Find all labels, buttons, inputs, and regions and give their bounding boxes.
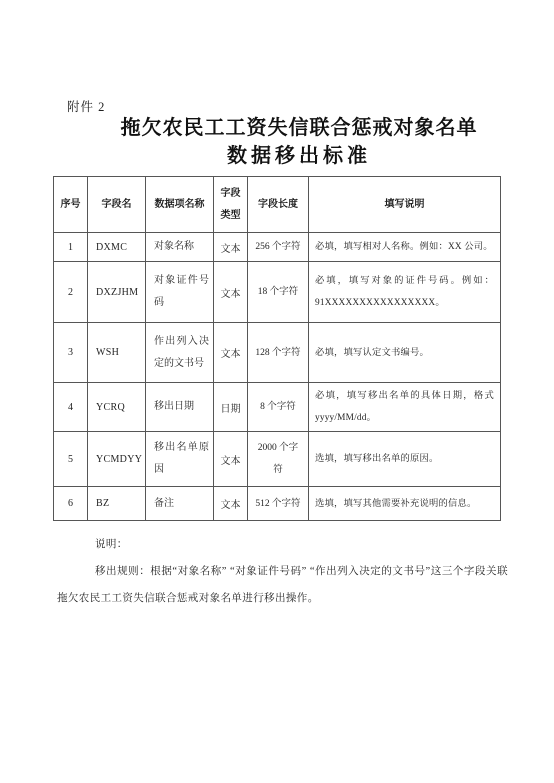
cell-field-type: 日期 bbox=[214, 383, 248, 432]
cell-field-type: 文本 bbox=[214, 487, 248, 521]
cell-description: 选填，填写其他需要补充说明的信息。 bbox=[309, 487, 501, 521]
document-title-line2: 数据移出标准 bbox=[53, 142, 545, 170]
col-header-field-type: 字段类型 bbox=[214, 177, 248, 233]
notes-section: 说明： 移出规则：根据“对象名称” “对象证件号码” “作出列入决定的文书号”这… bbox=[57, 531, 508, 612]
data-standard-table: 序号 字段名 数据项名称 字段类型 字段长度 填写说明 1 DXMC 对象名称 … bbox=[53, 176, 501, 521]
cell-seq: 1 bbox=[54, 233, 88, 262]
cell-seq: 4 bbox=[54, 383, 88, 432]
document-page: 附件 2 拖欠农民工工资失信联合惩戒对象名单 数据移出标准 序号 字段名 数据项… bbox=[0, 0, 554, 783]
col-header-description: 填写说明 bbox=[309, 177, 501, 233]
document-title: 拖欠农民工工资失信联合惩戒对象名单 数据移出标准 bbox=[53, 114, 545, 170]
notes-label: 说明： bbox=[57, 531, 508, 558]
cell-field-type: 文本 bbox=[214, 323, 248, 383]
cell-field-name: YCRQ bbox=[88, 383, 146, 432]
cell-description: 必填，填写对象的证件号码。例如：91XXXXXXXXXXXXXXXX。 bbox=[309, 262, 501, 323]
cell-field-name: DXZJHM bbox=[88, 262, 146, 323]
cell-field-length: 512 个字符 bbox=[248, 487, 309, 521]
table-row: 4 YCRQ 移出日期 日期 8 个字符 必填，填写移出名单的具体日期，格式 y… bbox=[54, 383, 501, 432]
cell-field-name: WSH bbox=[88, 323, 146, 383]
cell-field-name: YCMDYY bbox=[88, 432, 146, 487]
cell-field-length: 128 个字符 bbox=[248, 323, 309, 383]
cell-item-name: 移出名单原因 bbox=[146, 432, 214, 487]
table-row: 6 BZ 备注 文本 512 个字符 选填，填写其他需要补充说明的信息。 bbox=[54, 487, 501, 521]
table-header-row: 序号 字段名 数据项名称 字段类型 字段长度 填写说明 bbox=[54, 177, 501, 233]
cell-description: 必填，填写认定文书编号。 bbox=[309, 323, 501, 383]
table-row: 1 DXMC 对象名称 文本 256 个字符 必填，填写相对人名称。例如：XX … bbox=[54, 233, 501, 262]
col-header-field-length: 字段长度 bbox=[248, 177, 309, 233]
col-header-seq: 序号 bbox=[54, 177, 88, 233]
cell-item-name: 对象名称 bbox=[146, 233, 214, 262]
cell-field-type: 文本 bbox=[214, 233, 248, 262]
cell-field-length: 8 个字符 bbox=[248, 383, 309, 432]
cell-item-name: 对象证件号码 bbox=[146, 262, 214, 323]
cell-seq: 3 bbox=[54, 323, 88, 383]
cell-item-name: 移出日期 bbox=[146, 383, 214, 432]
cell-description: 必填，填写移出名单的具体日期，格式 yyyy/MM/dd。 bbox=[309, 383, 501, 432]
cell-seq: 5 bbox=[54, 432, 88, 487]
cell-item-name: 备注 bbox=[146, 487, 214, 521]
cell-field-length: 18 个字符 bbox=[248, 262, 309, 323]
cell-field-length: 2000 个字符 bbox=[248, 432, 309, 487]
cell-field-type: 文本 bbox=[214, 432, 248, 487]
cell-field-type: 文本 bbox=[214, 262, 248, 323]
cell-field-name: DXMC bbox=[88, 233, 146, 262]
cell-field-name: BZ bbox=[88, 487, 146, 521]
removal-rule-text: 移出规则：根据“对象名称” “对象证件号码” “作出列入决定的文书号”这三个字段… bbox=[57, 558, 508, 612]
table-row: 2 DXZJHM 对象证件号码 文本 18 个字符 必填，填写对象的证件号码。例… bbox=[54, 262, 501, 323]
document-title-line1: 拖欠农民工工资失信联合惩戒对象名单 bbox=[53, 114, 545, 142]
cell-seq: 6 bbox=[54, 487, 88, 521]
cell-item-name: 作出列入决定的文书号 bbox=[146, 323, 214, 383]
attachment-label: 附件 2 bbox=[67, 97, 105, 115]
col-header-field-name: 字段名 bbox=[88, 177, 146, 233]
cell-description: 选填，填写移出名单的原因。 bbox=[309, 432, 501, 487]
cell-seq: 2 bbox=[54, 262, 88, 323]
col-header-item-name: 数据项名称 bbox=[146, 177, 214, 233]
cell-description: 必填，填写相对人名称。例如：XX 公司。 bbox=[309, 233, 501, 262]
cell-field-length: 256 个字符 bbox=[248, 233, 309, 262]
table-row: 3 WSH 作出列入决定的文书号 文本 128 个字符 必填，填写认定文书编号。 bbox=[54, 323, 501, 383]
table-row: 5 YCMDYY 移出名单原因 文本 2000 个字符 选填，填写移出名单的原因… bbox=[54, 432, 501, 487]
